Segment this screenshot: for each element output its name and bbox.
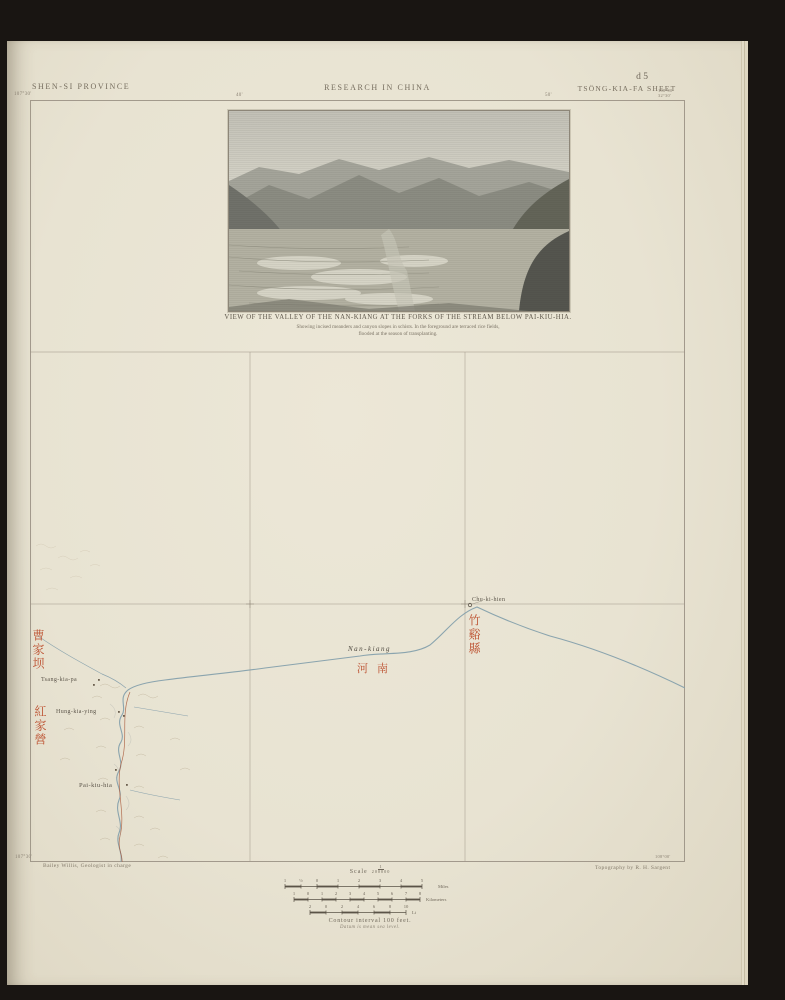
photo-foreground-field-edge (229, 299, 529, 311)
svg-text:6: 6 (373, 904, 376, 909)
miles-unit: Miles (438, 884, 449, 889)
scale-word: Scale (350, 869, 368, 875)
svg-text:5: 5 (421, 878, 424, 883)
photo-caption: VIEW OF THE VALLEY OF THE NAN-KIANG AT T… (188, 314, 608, 321)
datum-note: Datum is mean sea level. (340, 925, 400, 930)
svg-text:8: 8 (419, 891, 422, 896)
svg-text:½: ½ (299, 878, 303, 883)
svg-text:2: 2 (309, 904, 312, 909)
scale-block: Scale 1 200000 1 ½ 0 1 2 3 4 5 Miles (265, 865, 475, 930)
place-label-chu-ki-hien: Chu-ki-hien (472, 597, 505, 603)
svg-text:2: 2 (341, 904, 344, 909)
credit-topographer: Topography by R. H. Sargent (595, 865, 670, 871)
river-tributary-east-2 (130, 790, 180, 800)
scale-bar-kilometers: 1 0 1 2 3 4 5 6 7 8 Kilometers (280, 890, 460, 903)
kilometers-unit: Kilometers (426, 897, 447, 902)
svg-text:5: 5 (377, 891, 380, 896)
atlas-page: SHEN-SI PROVINCE RESEARCH IN CHINA d 5 T… (7, 41, 748, 985)
svg-text:1: 1 (321, 891, 324, 896)
photo-right-slope (497, 179, 569, 283)
place-label-hung-kia-ying: Hung-kia-ying (56, 709, 97, 715)
svg-text:4: 4 (400, 878, 403, 883)
photo-mid-mountains (229, 175, 569, 231)
svg-text:1: 1 (293, 891, 296, 896)
svg-text:0: 0 (325, 904, 328, 909)
scale-ratio-denominator: 200000 (372, 870, 391, 874)
photo-flooded-paddies (257, 255, 448, 305)
contour-interval-note: Contour interval 100 feet. (329, 918, 412, 924)
graticule-tick-40: 40' (236, 93, 243, 98)
credit-geologist: Bailey Willis, Geologist in charge (43, 863, 131, 869)
svg-text:2: 2 (358, 878, 361, 883)
photo-stream-fork (381, 229, 415, 311)
svg-text:10: 10 (404, 904, 409, 909)
svg-text:8: 8 (389, 904, 392, 909)
svg-text:4: 4 (357, 904, 360, 909)
photo-terrace-lines (229, 245, 439, 306)
page-edge-stack (741, 41, 748, 985)
shaded-slopes (110, 704, 131, 840)
photo-far-ridge (229, 157, 569, 201)
photo-left-slope (229, 185, 301, 279)
river-nan-kiang (117, 607, 685, 862)
cn-label-hung-kia-ying: 紅家營 (33, 705, 47, 747)
sheet-name: TSÖNG-KIA-FA SHEET (537, 84, 717, 93)
svg-text:1: 1 (337, 878, 340, 883)
graticule-top-right-lat: 32°30' (658, 94, 674, 99)
halftone-photograph (228, 110, 570, 312)
cn-label-nan-ho: 河南 (357, 660, 397, 676)
scale-bar-miles: 1 ½ 0 1 2 3 4 5 Miles (280, 877, 460, 890)
svg-text:3: 3 (379, 878, 382, 883)
svg-text:4: 4 (363, 891, 366, 896)
scale-ratio: 1 200000 (372, 865, 391, 875)
graticule-tick-50: 50' (545, 93, 552, 98)
scale-bar-li: 2 0 2 4 6 8 10 Li (280, 903, 460, 916)
svg-text:3: 3 (349, 891, 352, 896)
scanned-book-photo: SHEN-SI PROVINCE RESEARCH IN CHINA d 5 T… (0, 0, 785, 1000)
li-unit: Li (412, 910, 417, 915)
place-label-tsang-kia-pa: Tsang-kia-pa (41, 677, 77, 683)
cn-label-tsang-kia-pa: 曹家坝 (31, 629, 45, 671)
svg-text:0: 0 (307, 891, 310, 896)
photo-sky (229, 111, 569, 189)
photo-valley-scene (229, 111, 569, 311)
river-label-nan-kiang: Nan-kiang (348, 645, 391, 653)
svg-text:0: 0 (316, 878, 319, 883)
faint-terrain-sketch (36, 544, 100, 590)
svg-text:1: 1 (284, 878, 287, 883)
svg-text:6: 6 (391, 891, 394, 896)
photo-subcaption-line2: flooded at the season of transplanting. (188, 331, 608, 338)
photo-valley-floor (229, 229, 569, 311)
river-tributary-east-1 (134, 707, 188, 716)
svg-text:7: 7 (405, 891, 408, 896)
village-marks (93, 679, 128, 786)
svg-text:2: 2 (335, 891, 338, 896)
photo-foreground-hill (519, 231, 569, 311)
graticule-top-left: 107°30' (14, 92, 32, 97)
place-label-pai-kiu-hia: Pai-kiu-hia (79, 782, 112, 789)
scale-title: Scale 1 200000 (350, 865, 391, 875)
cn-label-chu-ki-hien: 竹谿縣 (467, 614, 481, 656)
sheet-number: d 5 (567, 72, 717, 82)
